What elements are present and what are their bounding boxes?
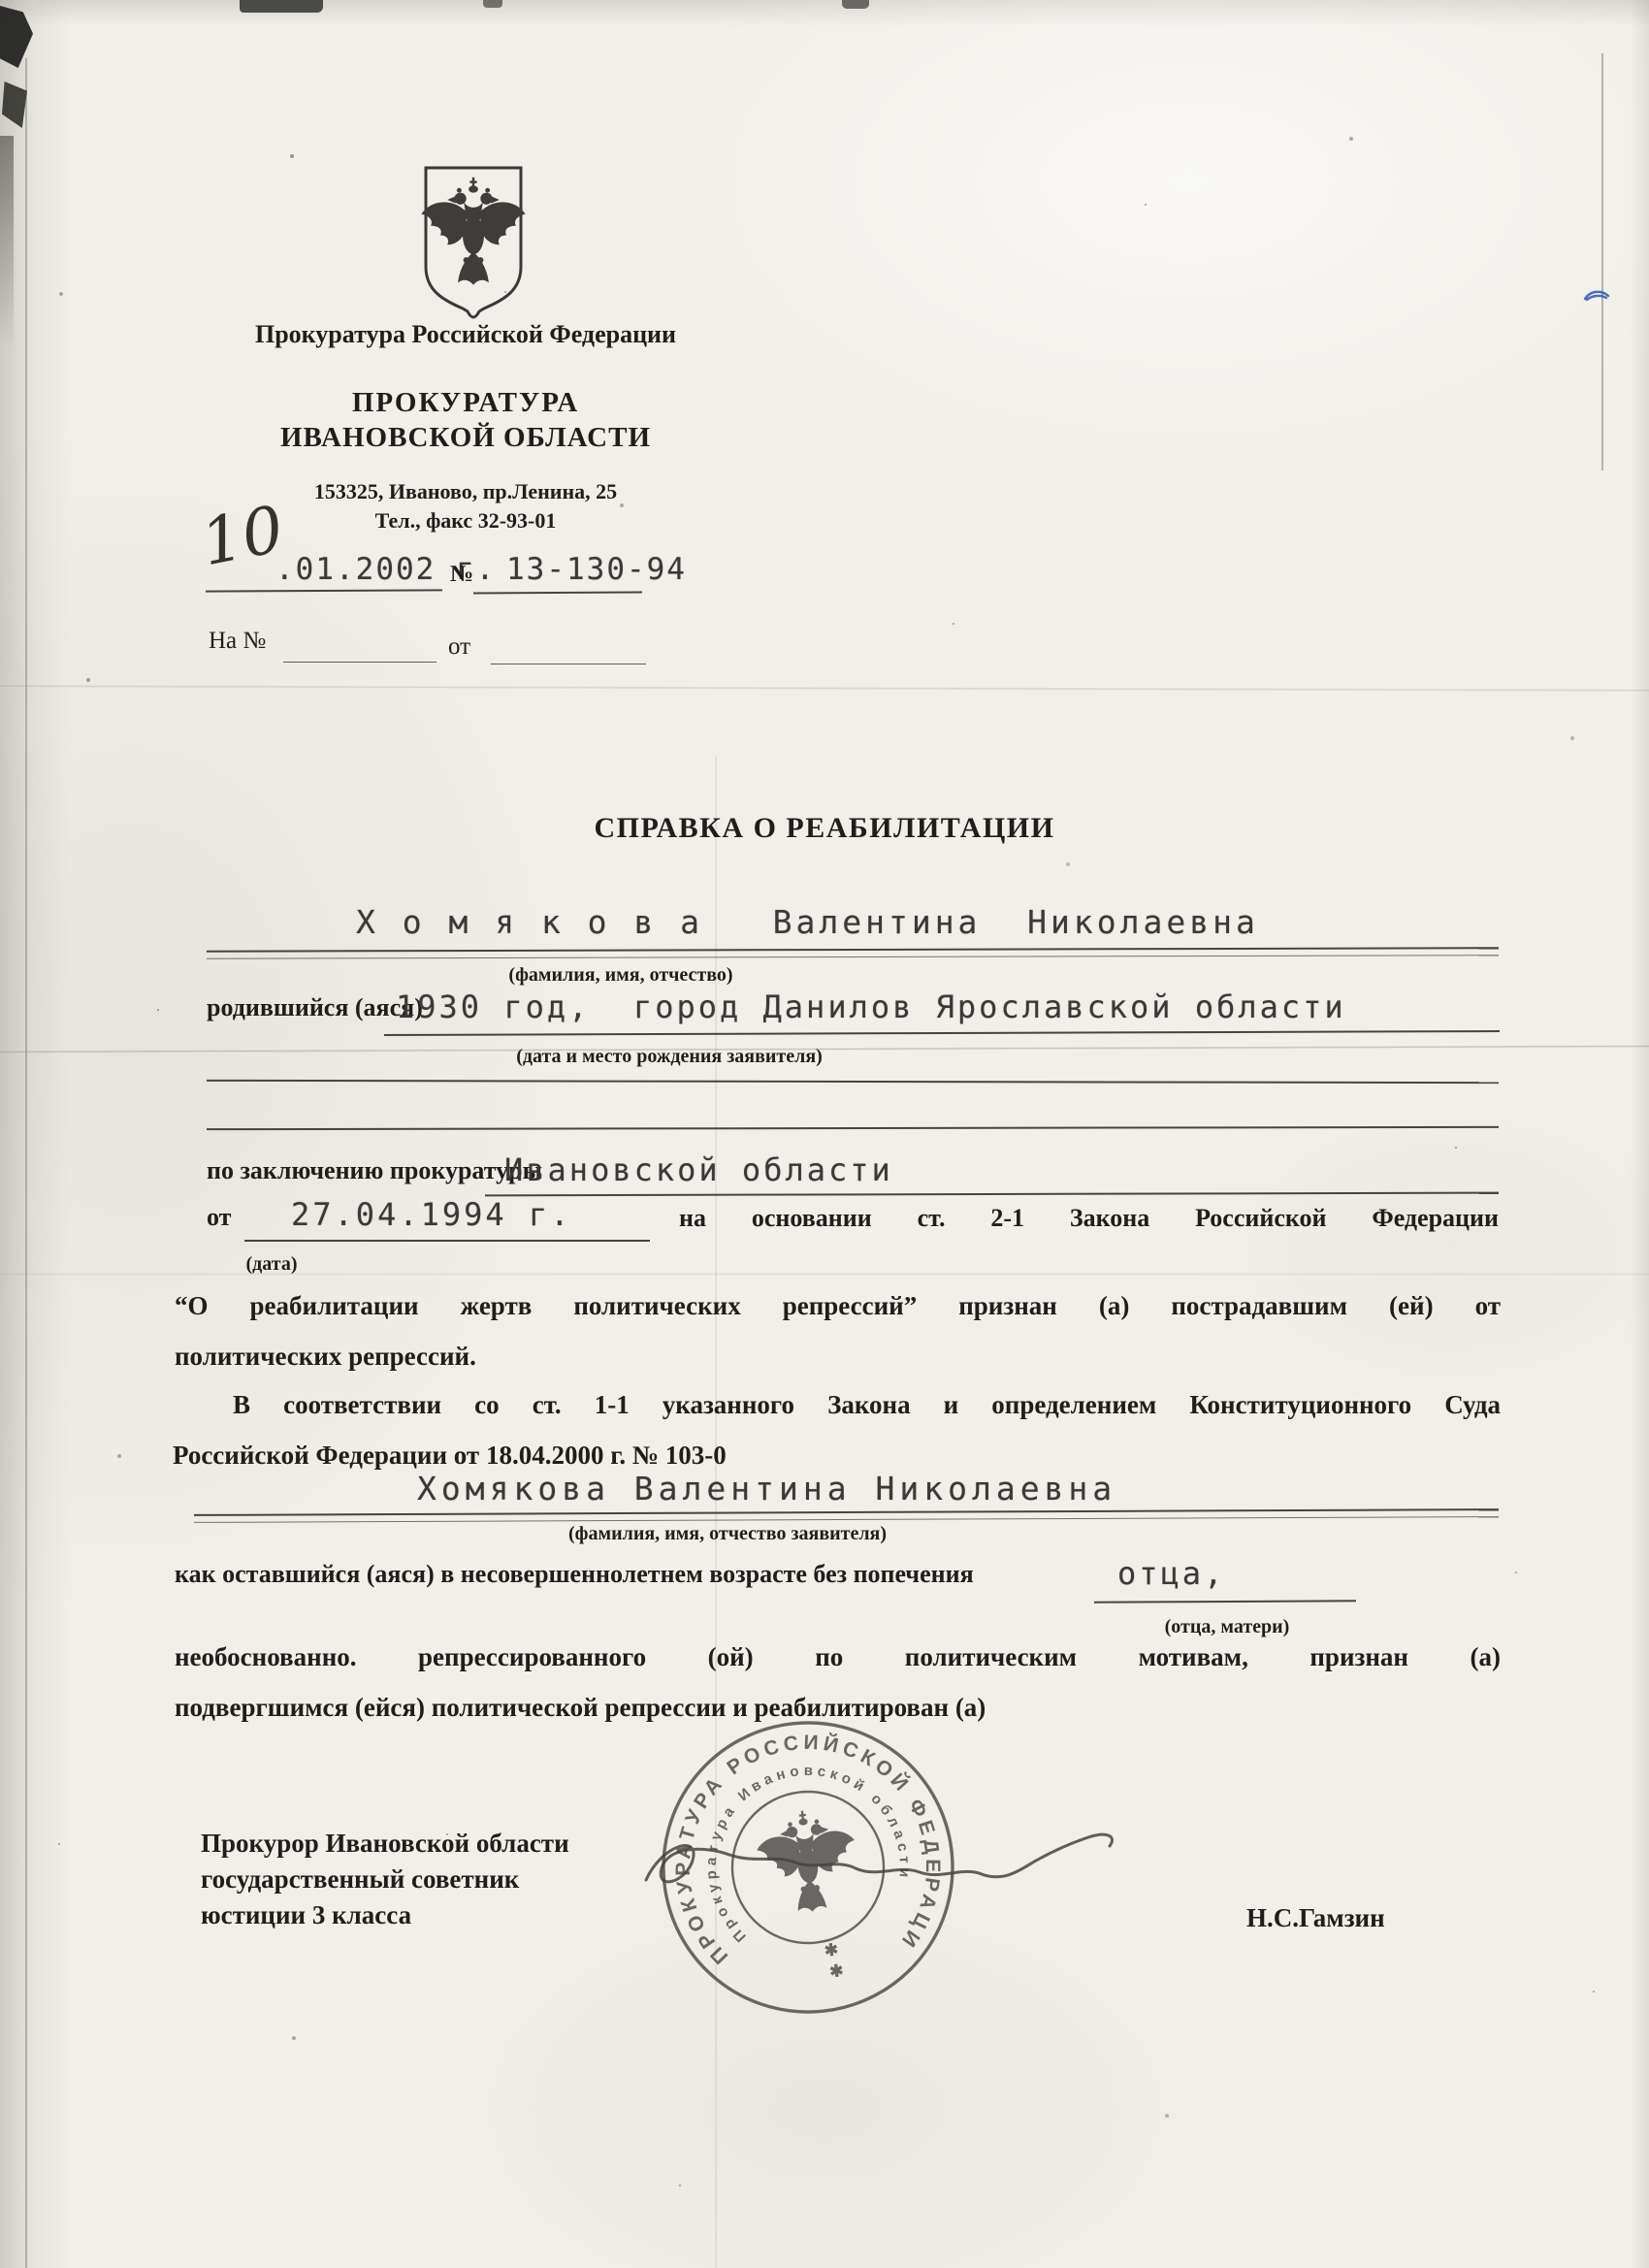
pen-mark xyxy=(1583,287,1612,305)
ref-from-label: от xyxy=(448,632,470,662)
paragraph1-line1: “О реабилитации жертв политических репре… xyxy=(175,1290,1501,1321)
custody-value: отца, xyxy=(1117,1558,1225,1589)
name-caption: (фамилия, имя, отчество) xyxy=(417,964,824,986)
basis-text: на основании ст. 2-1 Закона Российской Ф… xyxy=(679,1203,1499,1233)
name-underline xyxy=(207,947,1499,958)
paragraph2-line1: В соответствии со ст. 1-1 указанного Зак… xyxy=(233,1389,1501,1420)
custody-caption: (отца, матери) xyxy=(1096,1616,1358,1637)
signer-position-line3: юстиции 3 класса xyxy=(201,1897,569,1933)
paragraph3-line1: необоснованно. репрессированного (ой) по… xyxy=(175,1641,1501,1672)
signer-position-line2: государственный советник xyxy=(201,1862,569,1897)
born-label: родившийся (аяся) xyxy=(207,993,423,1023)
signer-name: Н.С.Гамзин xyxy=(1246,1903,1385,1934)
conclusion-label: по заключению прокуратуры xyxy=(207,1156,542,1186)
paper-crease xyxy=(0,685,1649,692)
from-label: от xyxy=(207,1203,231,1233)
stamp-star-mark: ✱ xyxy=(824,1940,839,1960)
conclusion-value: Ивановской области xyxy=(504,1154,893,1185)
outgoing-number: 13-130-94 xyxy=(506,555,687,585)
claimant-name2-value: Хомякова Валентина Николаевна xyxy=(417,1473,1116,1505)
stamp-star-mark: ✱ xyxy=(828,1961,844,1981)
scan-smudge xyxy=(0,6,33,68)
scanned-document-page: Прокуратура Российской Федерации ПРОКУРА… xyxy=(0,0,1649,2268)
ref-number-label: На № xyxy=(209,627,266,656)
double-headed-eagle-icon xyxy=(421,178,525,285)
scan-specks xyxy=(0,0,2,2)
custody-label: как оставшийся (аяся) в несовершеннолетн… xyxy=(175,1560,974,1590)
org-name-line1: ПРОКУРАТУРА xyxy=(175,386,757,419)
conclusion-underline xyxy=(485,1192,1499,1197)
number-sign: № xyxy=(450,561,473,588)
scan-smudge xyxy=(483,0,502,8)
scan-streak xyxy=(25,58,27,2268)
conclusion-date-value: 27.04.1994 г. xyxy=(291,1199,571,1230)
ref-number-underline xyxy=(283,662,436,663)
signer-position-block: Прокурор Ивановской области государствен… xyxy=(201,1826,569,1933)
born-value: 1930 год, город Данилов Ярославской обла… xyxy=(396,991,1346,1022)
scan-smudge xyxy=(842,0,869,9)
federal-org-name: Прокуратура Российской Федерации xyxy=(175,320,757,350)
scan-edge-shadow xyxy=(0,136,14,349)
born-caption: (дата и место рождения заявителя) xyxy=(436,1046,902,1067)
document-title: СПРАВКА О РЕАБИЛИТАЦИИ xyxy=(339,811,1309,845)
scan-streak xyxy=(1601,53,1603,470)
blank-line xyxy=(207,1126,1499,1130)
scan-smudge xyxy=(2,81,27,128)
date-underline xyxy=(206,589,442,592)
coat-of-arms-emblem xyxy=(410,160,536,325)
name2-caption: (фамилия, имя, отчество заявителя) xyxy=(495,1523,960,1544)
org-name-line2: ИВАНОВСКОЙ ОБЛАСТИ xyxy=(175,421,757,454)
prosecutor-signature xyxy=(629,1816,1172,1923)
ref-from-underline xyxy=(491,664,646,664)
blank-line xyxy=(207,1080,1499,1084)
signer-position-line1: Прокурор Ивановской области xyxy=(201,1826,569,1862)
conclusion-date-underline xyxy=(244,1240,650,1242)
claimant-name-value: Х о м я к о в а Валентина Николаевна xyxy=(356,906,1259,938)
paragraph1-line2: политических репрессий. xyxy=(175,1341,1501,1372)
born-underline xyxy=(384,1030,1500,1036)
paragraph2-line2: Российской Федерации от 18.04.2000 г. № … xyxy=(173,1440,1499,1471)
scan-smudge xyxy=(240,0,323,13)
date-caption: (дата) xyxy=(194,1253,349,1275)
custody-underline xyxy=(1094,1600,1356,1603)
number-underline xyxy=(473,592,642,595)
name2-underline xyxy=(194,1508,1499,1523)
